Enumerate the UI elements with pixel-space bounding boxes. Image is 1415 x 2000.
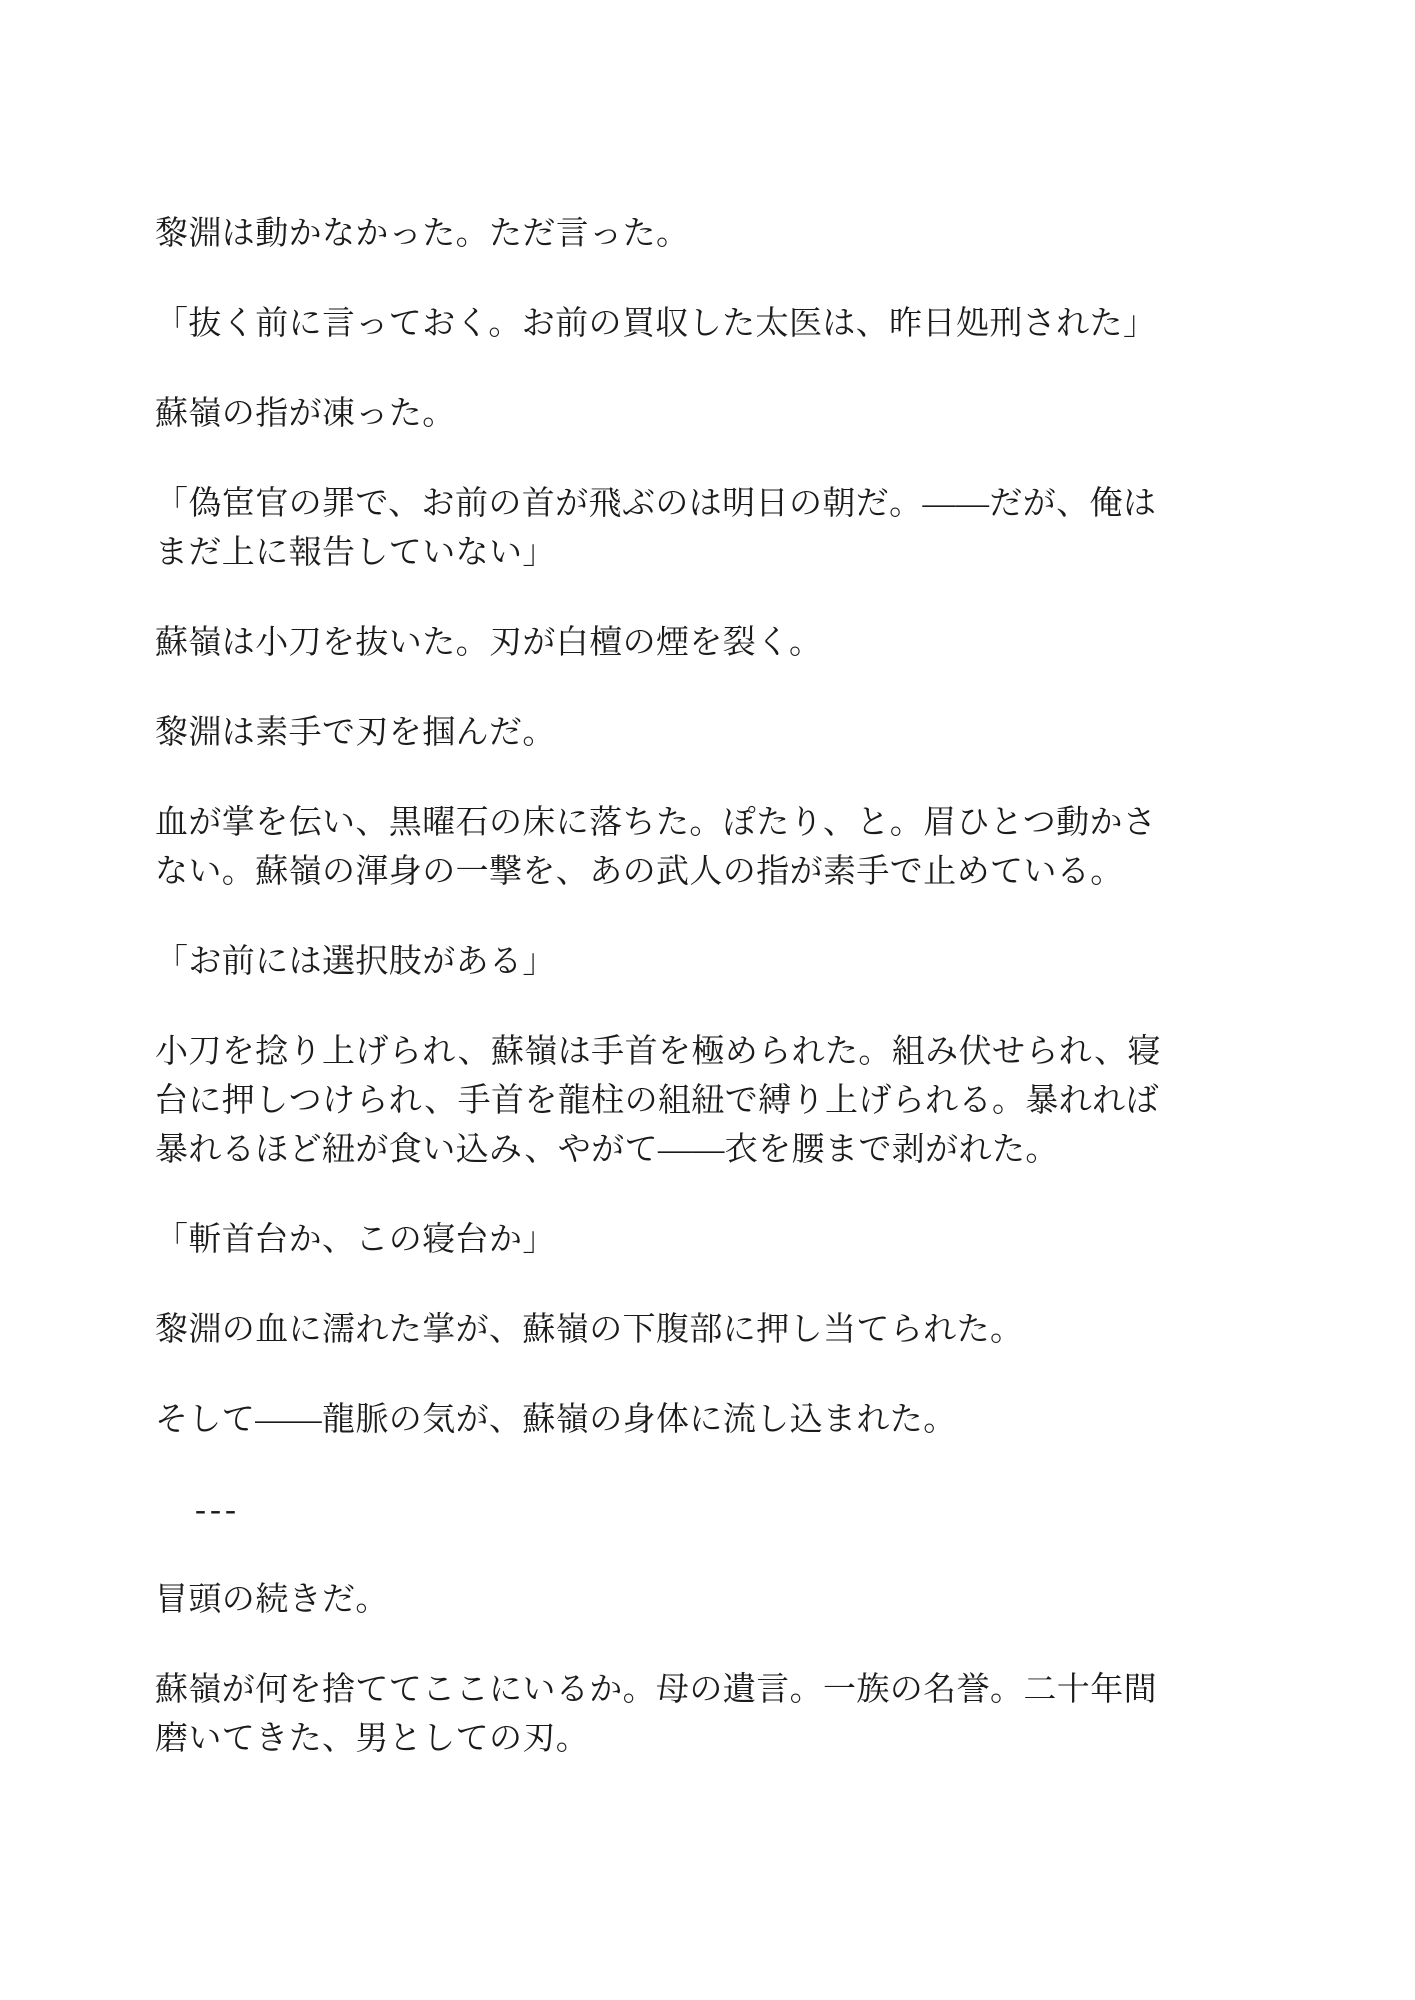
narration-paragraph: 冒頭の続きだ。 xyxy=(155,1576,1167,1625)
narration-paragraph: 血が掌を伝い、黒曜石の床に落ちた。ぽたり、と。眉ひとつ動かさない。蘇嶺の渾身の一… xyxy=(155,799,1167,897)
dialogue-paragraph: 「抜く前に言っておく。お前の買収した太医は、昨日処刑された」 xyxy=(155,300,1167,349)
document-text-block: 黎淵は動かなかった。ただ言った。 「抜く前に言っておく。お前の買収した太医は、昨… xyxy=(155,210,1167,1805)
narration-paragraph: 蘇嶺は小刀を抜いた。刃が白檀の煙を裂く。 xyxy=(155,619,1167,668)
narration-paragraph: 黎淵の血に濡れた掌が、蘇嶺の下腹部に押し当てられた。 xyxy=(155,1306,1167,1355)
narration-paragraph: 蘇嶺の指が凍った。 xyxy=(155,390,1167,439)
dialogue-paragraph: 「お前には選択肢がある」 xyxy=(155,938,1167,987)
dialogue-paragraph: 「斬首台か、この寝台か」 xyxy=(155,1216,1167,1265)
narration-paragraph: そして——龍脈の気が、蘇嶺の身体に流し込まれた。 xyxy=(155,1396,1167,1445)
narration-paragraph: 黎淵は動かなかった。ただ言った。 xyxy=(155,210,1167,259)
narration-paragraph: 小刀を捻り上げられ、蘇嶺は手首を極められた。組み伏せられ、寝台に押しつけられ、手… xyxy=(155,1028,1167,1175)
document-page: 黎淵は動かなかった。ただ言った。 「抜く前に言っておく。お前の買収した太医は、昨… xyxy=(0,0,1415,2000)
dialogue-paragraph: 「偽宦官の罪で、お前の首が飛ぶのは明日の朝だ。——だが、俺はまだ上に報告していな… xyxy=(155,480,1167,578)
narration-paragraph: 黎淵は素手で刃を掴んだ。 xyxy=(155,709,1167,758)
scene-divider: --- xyxy=(155,1486,1167,1535)
narration-paragraph: 蘇嶺が何を捨ててここにいるか。母の遺言。一族の名誉。二十年間磨いてきた、男として… xyxy=(155,1666,1167,1764)
